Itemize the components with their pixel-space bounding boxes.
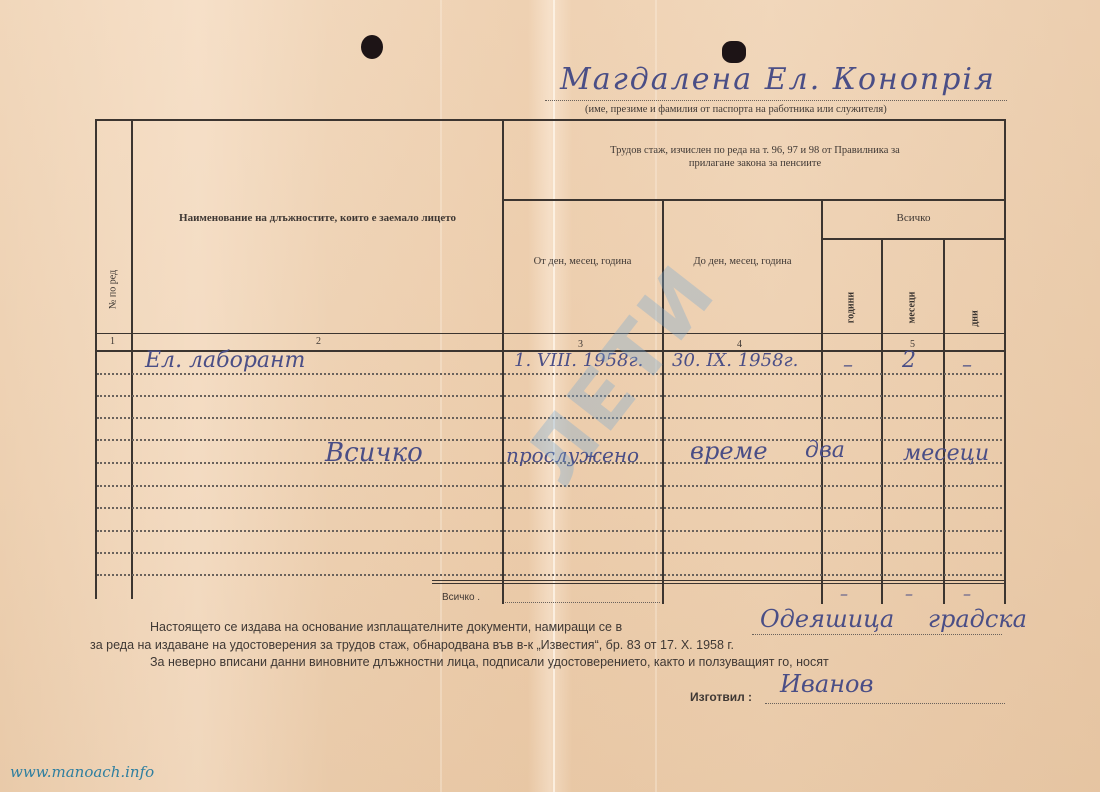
- col-number: 2: [316, 336, 321, 347]
- signature: Иванов: [780, 670, 873, 698]
- table-border: [95, 333, 1006, 334]
- table-border: [943, 240, 945, 604]
- col2-header: Наименование на длъжностите, които е зае…: [140, 210, 495, 226]
- prepared-by-line: [765, 703, 1005, 704]
- footer-line1: Настоящето се издава на основание изплащ…: [150, 620, 622, 634]
- name-underline: [545, 100, 1007, 101]
- table-border: [821, 200, 823, 604]
- col5-days-header: дни: [970, 294, 981, 344]
- footer-line2: за реда на издаване на удостоверения за …: [90, 638, 734, 652]
- punch-hole: [361, 35, 383, 59]
- group-header-text: Трудов стаж, изчислен по реда на т. 96, …: [610, 145, 900, 169]
- total-dotted-line: [505, 602, 660, 603]
- total-months: –: [905, 584, 913, 603]
- table-border: [1004, 119, 1006, 604]
- col5-years-header: години: [846, 283, 857, 333]
- col4-header-text: До ден, месец, година: [693, 256, 791, 267]
- col4-header: До ден, месец, година: [685, 255, 800, 268]
- row-days: –: [962, 352, 972, 376]
- row-years: –: [843, 352, 853, 376]
- col3-header: От ден, месец, година: [525, 255, 640, 268]
- employee-name: Магдалена Ел. Конопрія: [560, 62, 996, 97]
- summary-word: време: [690, 437, 768, 465]
- site-watermark: www.manoach.info: [10, 763, 154, 781]
- footer-handwritten-location: Одеяшица градска: [760, 605, 1027, 633]
- total-years: –: [840, 584, 848, 603]
- total-separator: [432, 580, 1006, 581]
- summary-word: Всичко: [325, 438, 423, 468]
- punch-hole: [722, 41, 746, 63]
- col-number: 4: [737, 339, 742, 350]
- footer-line3: За неверно вписани данни виновните длъжн…: [150, 655, 829, 669]
- table-border: [95, 119, 97, 599]
- row-months: 2: [902, 348, 916, 373]
- col5-group-header: Всичко: [821, 212, 1006, 224]
- name-caption: (име, презиме и фамилия от паспорта на р…: [585, 104, 887, 115]
- col-number: 1: [110, 336, 115, 347]
- total-label: Всичко .: [442, 592, 480, 603]
- table-border: [502, 199, 1006, 201]
- col1-header: № по ред: [108, 265, 119, 315]
- table-border: [881, 240, 883, 604]
- col-number: 3: [578, 339, 583, 350]
- col3-header-text: От ден, месец, година: [534, 256, 632, 267]
- footer-line1-fill: [752, 634, 1002, 635]
- table-border: [131, 119, 133, 599]
- row-position: Ел. лаборант: [145, 348, 305, 373]
- col5-months-header: месеци: [907, 283, 918, 333]
- total-separator: [432, 583, 1006, 584]
- table-border: [821, 238, 1006, 240]
- total-days: –: [963, 584, 971, 603]
- col2-header-text: Наименование на длъжностите, които е зае…: [179, 212, 456, 224]
- table-top-border: [95, 119, 1006, 121]
- prepared-by-label: Изготвил :: [690, 690, 752, 704]
- summary-word: месеци: [903, 441, 989, 466]
- summary-word: два: [805, 438, 845, 463]
- group-header: Трудов стаж, изчислен по реда на т. 96, …: [590, 144, 920, 170]
